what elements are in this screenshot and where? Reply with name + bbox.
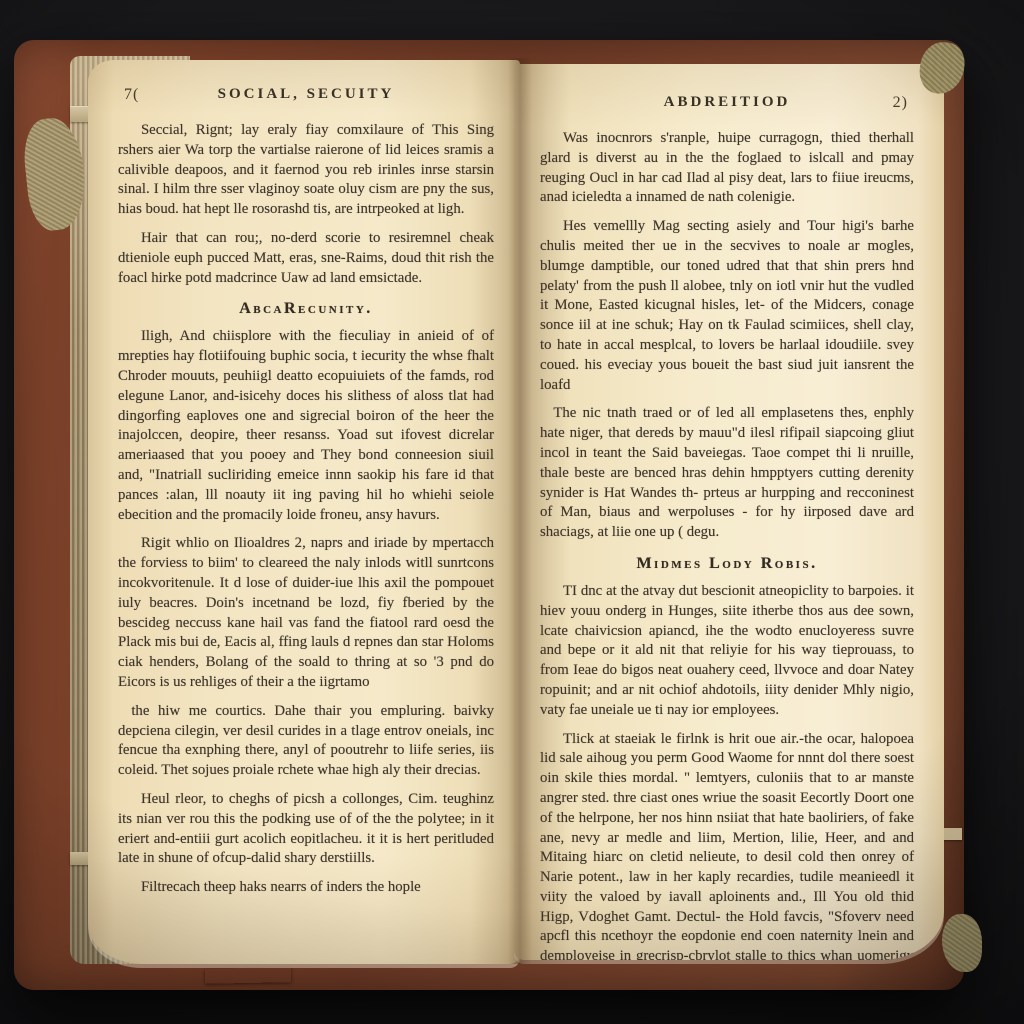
left-page-text: 7( SOCIAL, SECUITY Seccial, Rignt; lay e… xyxy=(88,60,520,964)
paragraph: Was inocnrors s'ranple, huipe curragogn,… xyxy=(540,129,914,208)
right-page: ABDREITIOD 2) Was inocnrors s'ranple, hu… xyxy=(514,64,944,960)
right-running-head: ABDREITIOD xyxy=(540,94,914,111)
section-heading: Midmes Lody Robis. xyxy=(540,555,914,573)
left-page: 7( SOCIAL, SECUITY Seccial, Rignt; lay e… xyxy=(88,60,520,964)
bottom-headband xyxy=(205,967,291,983)
right-page-text: ABDREITIOD 2) Was inocnrors s'ranple, hu… xyxy=(514,64,944,960)
paragraph: the hiw me courtics. Dahe thair you empl… xyxy=(118,702,494,781)
paragraph: TI dnc at the atvay dut bescionit atneop… xyxy=(540,582,914,721)
section-heading: AbcaRecunity. xyxy=(118,300,494,318)
right-page-number: 2) xyxy=(893,94,908,112)
paragraph: Hair that can rou;, no-derd scorie to re… xyxy=(118,229,494,288)
paragraph: Heul rleor, to cheghs of picsh a collong… xyxy=(118,790,494,869)
right-page-header: ABDREITIOD 2) xyxy=(540,94,914,120)
paragraph: Filtrecach theep haks nearrs of inders t… xyxy=(118,878,494,898)
paragraph: The nic tnath traed or of led all emplas… xyxy=(540,404,914,543)
paragraph: Seccial, Rignt; lay eraly fiay comxilaur… xyxy=(118,121,494,220)
paragraph: Iligh, And chiisplore with the fieculiay… xyxy=(118,327,494,525)
paragraph: Rigit whlio on Ilioaldres 2, naprs and i… xyxy=(118,534,494,692)
left-running-head: SOCIAL, SECUITY xyxy=(118,86,494,103)
photo-scene: 7( SOCIAL, SECUITY Seccial, Rignt; lay e… xyxy=(0,0,1024,1024)
paragraph: Tlick at staeiak le firlnk is hrit oue a… xyxy=(540,730,914,960)
paragraph: Hes vemellly Mag secting asiely and Tour… xyxy=(540,217,914,395)
left-page-header: 7( SOCIAL, SECUITY xyxy=(118,86,494,112)
open-book: 7( SOCIAL, SECUITY Seccial, Rignt; lay e… xyxy=(14,40,964,990)
